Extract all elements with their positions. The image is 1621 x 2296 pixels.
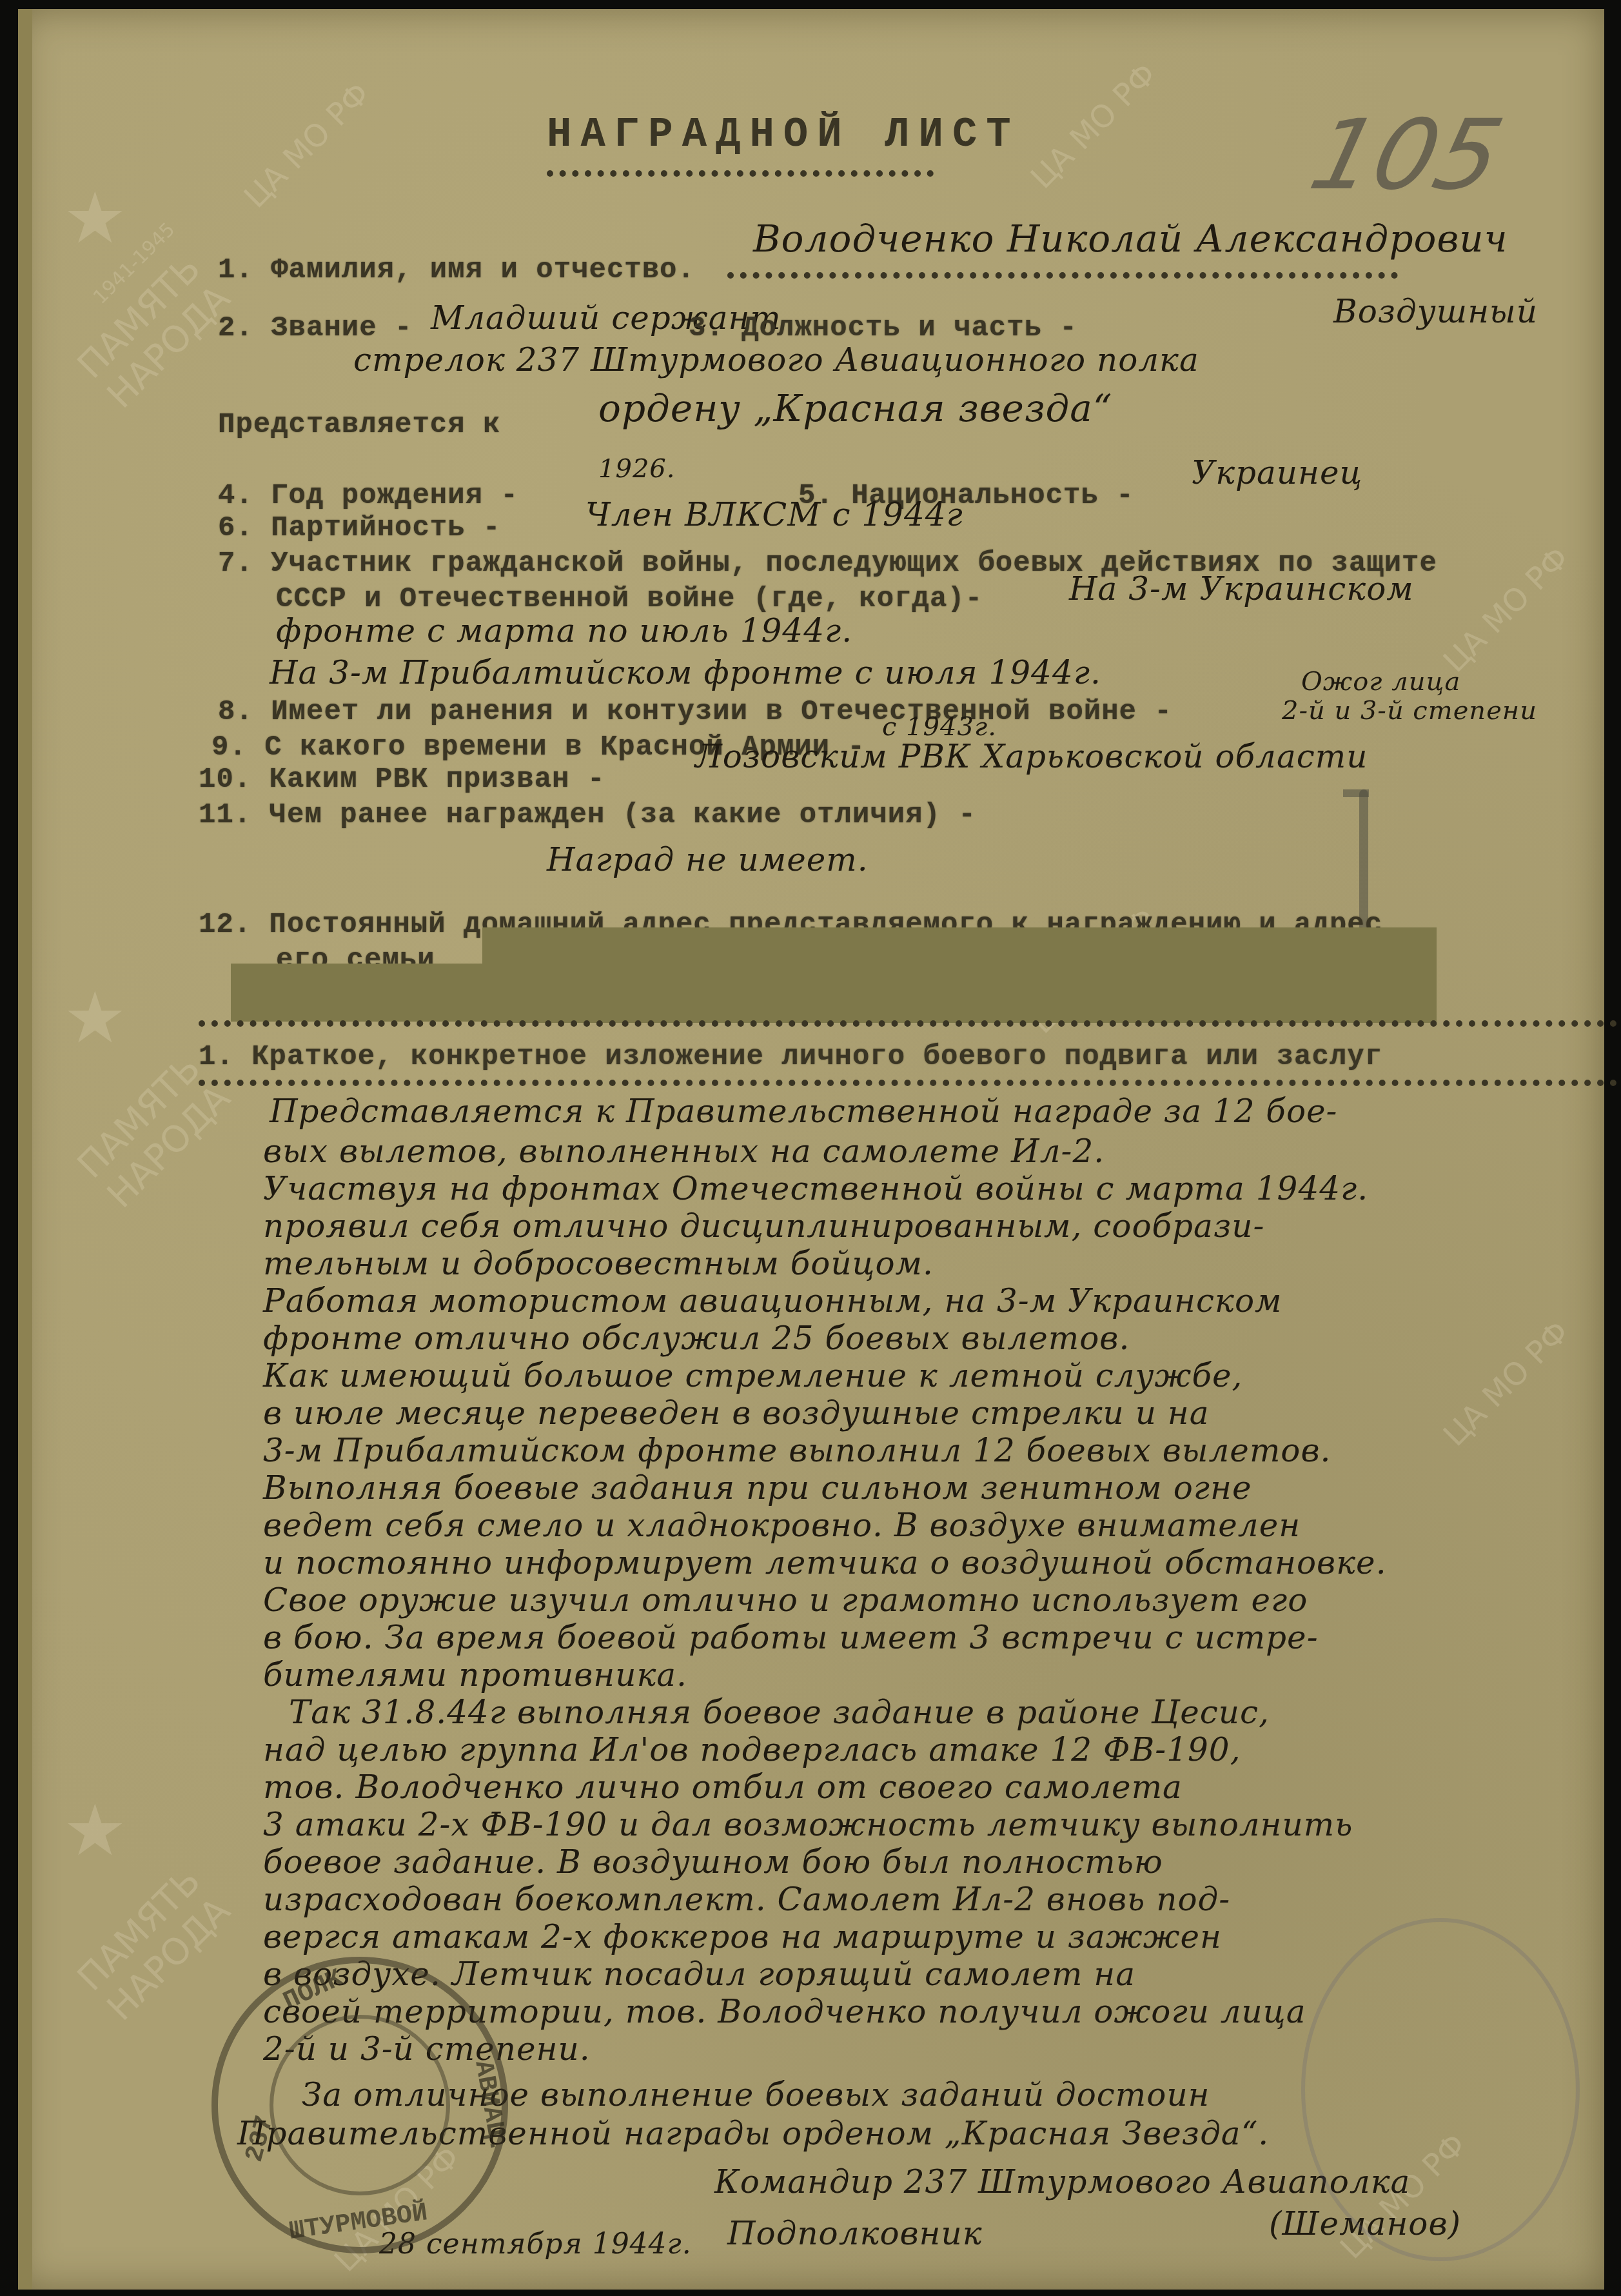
signature-commander-title: Командир 237 Штурмового Авиаполка (714, 2163, 1410, 2201)
watermark-project-name: ПАМЯТЬ НАРОДА (70, 248, 239, 417)
narrative-line: Как имеющий большое стремление к летной … (263, 1357, 1243, 1394)
seal-text-bottom: ШТУРМОВОЙ (288, 2199, 429, 2247)
nominated-value: ордену „Красная звезда“ (598, 386, 1113, 430)
signature-rank: Подполковник (727, 2215, 983, 2252)
narrative-line: Работая мотористом авиационным, на 3-м У… (263, 1282, 1282, 1320)
narrative-line: Участвуя на фронтах Отечественной войны … (263, 1170, 1368, 1207)
narrative-line: тов. Володченко лично отбил от своего са… (263, 1768, 1183, 1806)
field-7-value-line1: На 3-м Украинском (1069, 570, 1414, 608)
watermark-project-name: ПАМЯТЬ НАРОДА (70, 1860, 239, 2029)
page-edge (18, 9, 32, 2290)
narrative-line: ведет себя смело и хладнокровно. В возду… (263, 1507, 1301, 1544)
narrative-line: фронте отлично обслужил 25 боевых вылето… (263, 1320, 1130, 1357)
award-sheet-page: ★ ПАМЯТЬ НАРОДА 1941-1945 ★ ПАМЯТЬ НАРОД… (18, 9, 1604, 2290)
field-1-dotted-line (727, 266, 1398, 279)
field-8-label: 8. Имеет ли ранения и контузии в Отечест… (218, 696, 1172, 728)
watermark-archive: ЦА МО РФ (1437, 1314, 1576, 1453)
redacted-address-block-left (231, 964, 489, 1022)
faded-round-seal (1301, 1918, 1580, 2261)
field-8-value-line2: 2-й и 3-й степени (1282, 696, 1537, 726)
field-2-label: 2. Звание - (218, 312, 412, 344)
watermark-archive: ЦА МО РФ (1024, 56, 1163, 195)
narrative-line: Свое оружие изучил отлично и грамотно ис… (263, 1581, 1308, 1619)
merits-heading: 1. Краткое, конкретное изложение личного… (199, 1041, 1382, 1073)
field-10-value: Лозовским РВК Харьковской области (695, 738, 1368, 775)
field-7-value-line2: фронте с марта по июль 1944г. (276, 612, 852, 649)
field-11-label: 11. Чем ранее награжден (за какие отличи… (199, 799, 976, 831)
title-underline (547, 164, 934, 177)
watermark-archive: ЦА МО РФ (237, 75, 377, 215)
narrative-line: Представляется к Правительственной награ… (270, 1093, 1337, 1130)
field-1-value: Володченко Николай Александрович (753, 217, 1508, 261)
field-4-label: 4. Год рождения - (218, 480, 518, 512)
redacted-address-block (482, 927, 1437, 1023)
narrative-line: израсходован боекомплект. Самолет Ил-2 в… (263, 1881, 1230, 1918)
field-4-value: 1926. (598, 454, 676, 484)
narrative-line: боевое задание. В воздушном бою был полн… (263, 1843, 1163, 1881)
star-watermark-icon: ★ (63, 976, 127, 1060)
field-5-value: Украинец (1192, 454, 1362, 491)
seal-text-right: АВИАЦ. (467, 2059, 512, 2155)
seal-number: 237 (241, 2113, 280, 2165)
narrative-line: Так 31.8.44г выполняя боевое задание в р… (289, 1694, 1270, 1731)
narrative-line: и постоянно информирует летчика о воздуш… (263, 1544, 1387, 1581)
regiment-seal-stamp: 237 ШТУРМОВОЙ АВИАЦ. ПОЛК (211, 1957, 508, 2253)
narrative-line: Выполняя боевые задания при сильном зени… (263, 1469, 1252, 1507)
narrative-line: в бою. За время боевой работы имеет 3 вс… (263, 1619, 1319, 1656)
field-8-value-line1: Ожог лица (1301, 667, 1460, 697)
narrative-line: 3 атаки 2-х ФВ-190 и дал возможность лет… (263, 1806, 1353, 1843)
field-3-label: 3. Должность и часть - (689, 312, 1077, 344)
narrative-line: вых вылетов, выполненных на самолете Ил-… (263, 1133, 1105, 1170)
narrative-line: проявил себя отлично дисциплинированным,… (263, 1207, 1264, 1245)
nominated-label: Представляется к (218, 409, 500, 441)
watermark-archive: ЦА МО РФ (1437, 540, 1576, 679)
narrative-line: вергся атакам 2-х фоккеров на маршруте и… (263, 1918, 1222, 1955)
field-3-value-line1: Воздушный (1333, 293, 1538, 330)
field-1-label: 1. Фамилия, имя и отчество. (218, 254, 695, 286)
seal-inner-ring (270, 2015, 450, 2195)
field-10-label: 10. Каким РВК призван - (199, 764, 605, 796)
narrative-line: тельным и добросовестным бойцом. (263, 1245, 934, 1282)
field-3-value-line2: стрелок 237 Штурмового Авиационного полк… (353, 341, 1199, 379)
field-6-value: Член ВЛКСМ с 1944г (585, 496, 963, 533)
field-6-label: 6. Партийность - (218, 512, 500, 544)
page-title: НАГРАДНОЙ ЛИСТ (547, 112, 1020, 159)
narrative-line: бителями противника. (263, 1656, 687, 1694)
field-7-label-line2: СССР и Отечественной войне (где, когда)- (276, 583, 983, 615)
field-11-value: Наград не имеет. (547, 841, 869, 878)
folio-number: 105 (1300, 99, 1513, 212)
field-7-value-line3: На 3-м Прибалтийском фронте с июля 1944г… (270, 654, 1101, 691)
narrative-line: над целью группа Ил'ов подверглась атаке… (263, 1731, 1241, 1768)
star-watermark-icon: ★ (63, 1789, 127, 1872)
merits-heading-underline (199, 1073, 1617, 1086)
narrative-line: 3-м Прибалтийском фронте выполнил 12 бое… (263, 1432, 1331, 1469)
narrative-line: в июле месяце переведен в воздушные стре… (263, 1394, 1210, 1432)
pencil-bracket-top (1343, 789, 1369, 797)
star-watermark-icon: ★ (63, 177, 127, 260)
section-divider (199, 1014, 1617, 1027)
